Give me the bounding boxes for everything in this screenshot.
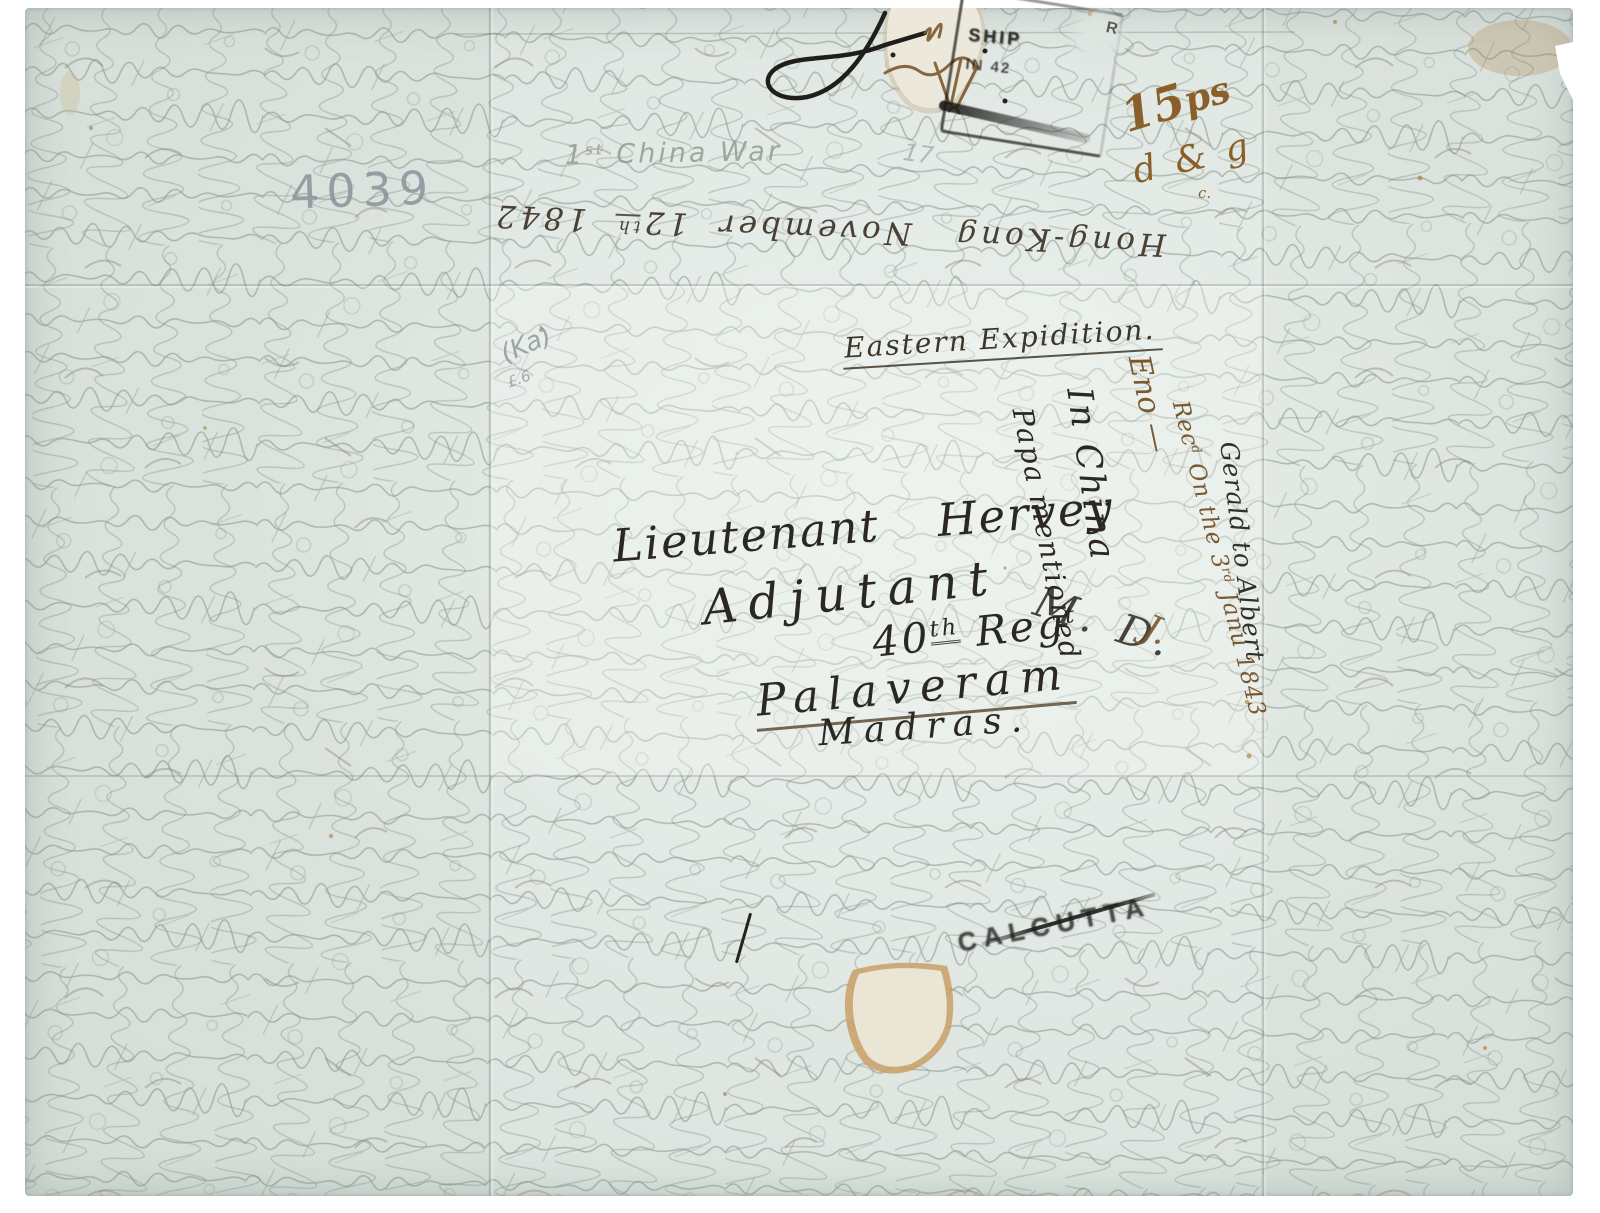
ship-stamp-erosion	[1062, 0, 1132, 79]
ship-stamp-line1: SHIP	[967, 24, 1023, 50]
calcutta-stamp: CALCUTTA	[948, 890, 1178, 970]
pencil-archive-number: 4039	[289, 160, 436, 219]
dateline-day: 12	[640, 204, 689, 242]
ship-stamp-line2: IN 42	[965, 56, 1012, 78]
pencil-faint-mark: 17	[901, 138, 935, 170]
pencil-war-note: 1st China War	[565, 136, 782, 171]
dateline-day-sup: th	[614, 214, 641, 237]
regiment-number: 40	[870, 613, 933, 667]
war-note-rest: China War	[604, 136, 782, 170]
calcutta-stamp-text: CALCUTTA	[955, 891, 1153, 959]
war-note-day: 1	[565, 140, 586, 171]
rate-mark-small: c.	[1198, 184, 1211, 202]
war-note-sup: st	[585, 140, 605, 158]
regiment-number-sup: th	[928, 614, 960, 646]
letter-scan: 4039 1st China War 17 (Ka) £.6 Hong-Kong…	[0, 0, 1600, 1213]
dateline-year: 1842	[492, 197, 588, 237]
ship-letter-stamp: SHIP IN 42	[940, 0, 1125, 158]
